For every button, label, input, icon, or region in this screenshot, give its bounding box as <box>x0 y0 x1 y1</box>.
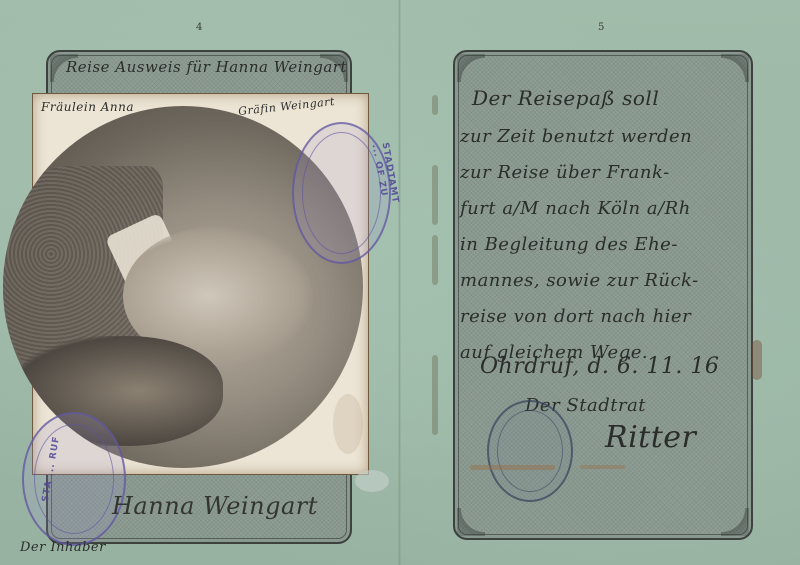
page-gutter <box>398 0 401 565</box>
issuer-signature: Ritter <box>605 420 696 455</box>
photo-caption-right: Gräfin Weingart <box>238 95 336 118</box>
frame-corner <box>721 508 749 536</box>
rust-stain <box>752 340 762 380</box>
paper-stain <box>355 470 389 492</box>
handwritten-line: reise von dort nach hier <box>460 306 691 327</box>
left-header-handwriting: Reise Ausweis für Hanna Weingart <box>66 58 347 76</box>
handwritten-line: zur Zeit benutzt werden <box>460 126 692 147</box>
page-number-left: 4 <box>196 22 202 33</box>
gutter-stain <box>432 95 438 115</box>
page-number-right: 5 <box>598 22 604 33</box>
stamp-inner-ring <box>302 132 381 254</box>
seal-inner-ring <box>497 410 563 492</box>
frame-corner <box>721 54 749 82</box>
official-stamp-upper: STADTAMT ... OF ZU <box>292 122 391 264</box>
rust-stain <box>470 465 555 470</box>
holder-signature: Hanna Weingart <box>112 492 318 520</box>
frame-corner <box>457 54 485 82</box>
handwritten-line: zur Reise über Frank- <box>460 162 670 183</box>
gutter-stain <box>432 235 438 285</box>
handwritten-line: mannes, sowie zur Rück- <box>460 270 699 291</box>
frame-corner <box>457 508 485 536</box>
official-stamp-lower: STA ... RUF <box>22 412 126 546</box>
place-date: Ohrdruf, d. 6. 11. 16 <box>480 354 719 379</box>
photo-caption-left: Fräulein Anna <box>41 100 134 114</box>
passport-spread: 4 Reise Ausweis für Hanna Weingart Fräul… <box>0 0 800 565</box>
gutter-stain <box>432 165 438 225</box>
stadtrat-seal <box>487 400 573 502</box>
gutter-stain <box>432 355 438 435</box>
handwritten-line: in Begleitung des Ehe- <box>460 234 678 255</box>
handwritten-line: furt a/M nach Köln a/Rh <box>460 198 691 219</box>
rust-stain <box>580 465 625 469</box>
signature-label: Der Inhaber <box>20 540 106 555</box>
photo-stain <box>333 394 363 454</box>
handwritten-line: Der Reisepaß soll <box>472 86 659 110</box>
